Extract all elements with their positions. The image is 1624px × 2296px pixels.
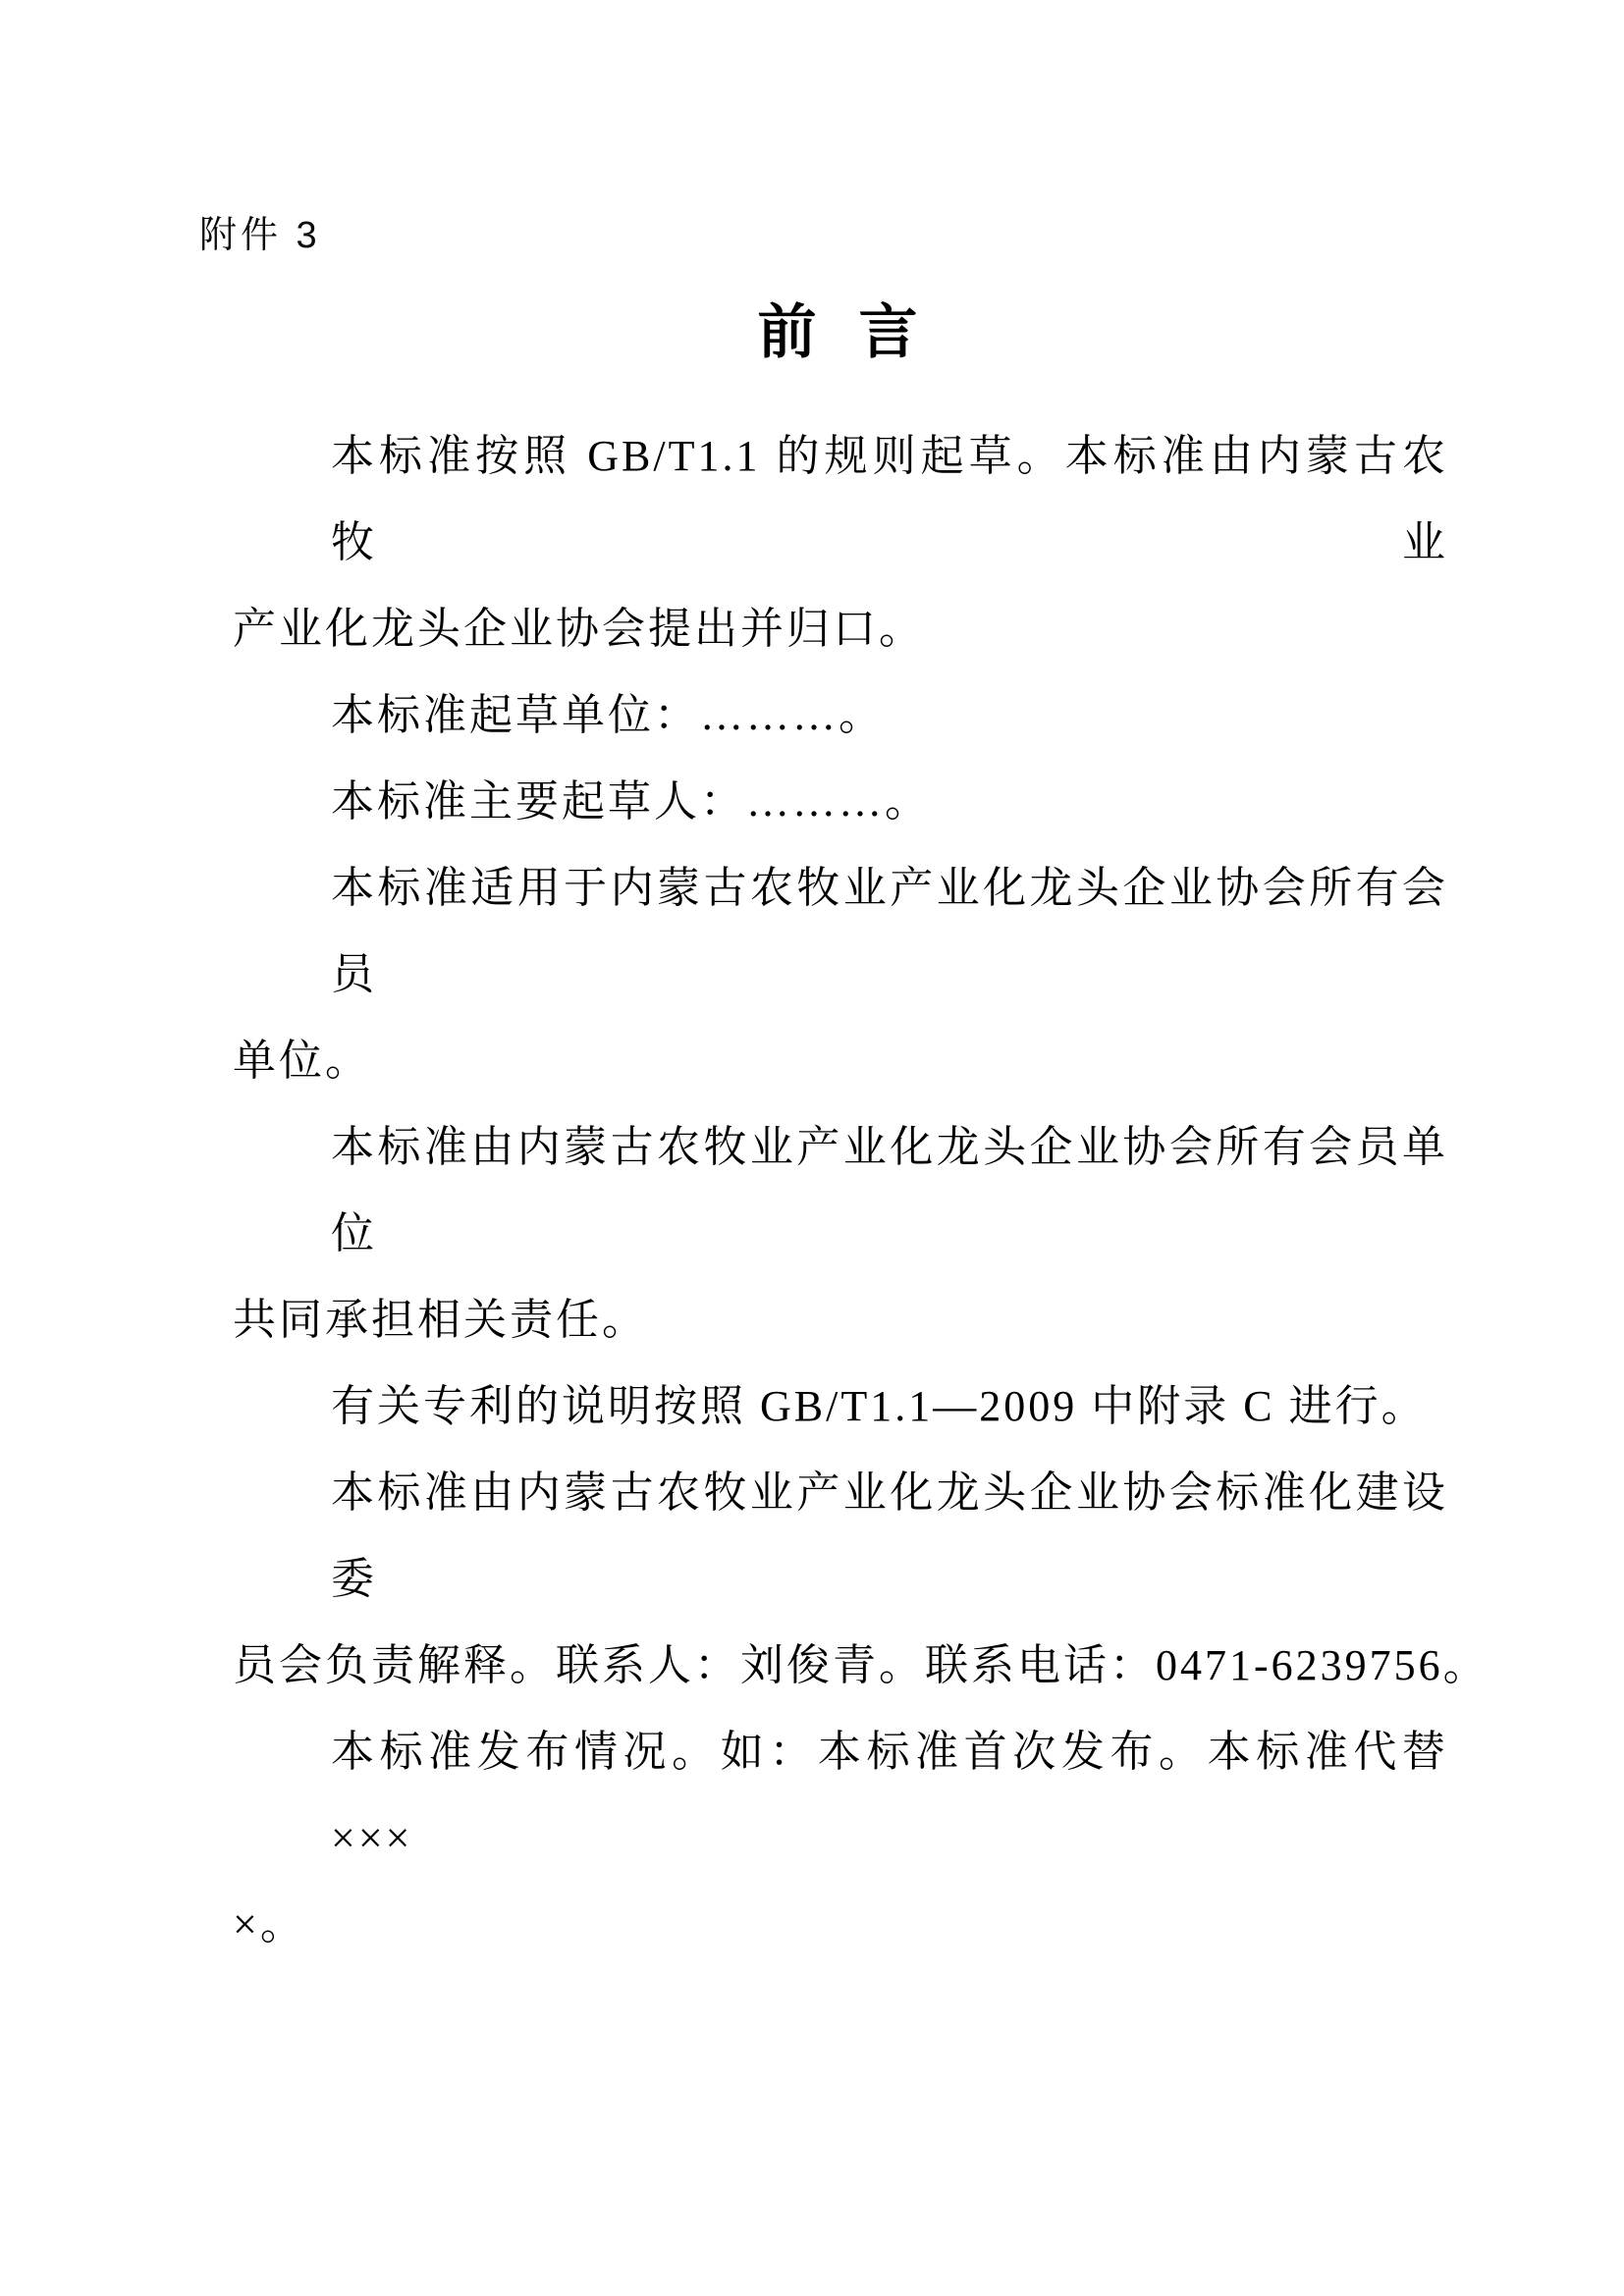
- body-line: 有关专利的说明按照 GB/T1.1—2009 中附录 C 进行。: [233, 1363, 1448, 1450]
- document-body: 本标准按照 GB/T1.1 的规则起草。本标准由内蒙古农牧业 产业化龙头企业协会…: [233, 413, 1448, 1968]
- body-line: 本标准起草单位：………。: [233, 672, 1448, 759]
- body-line: 共同承担相关责任。: [233, 1277, 1448, 1363]
- body-line: 本标准由内蒙古农牧业产业化龙头企业协会所有会员单位: [233, 1104, 1448, 1277]
- body-line: 本标准按照 GB/T1.1 的规则起草。本标准由内蒙古农牧业: [233, 413, 1448, 586]
- body-line: 本标准适用于内蒙古农牧业产业化龙头企业协会所有会员: [233, 845, 1448, 1018]
- body-line: 产业化龙头企业协会提出并归口。: [233, 586, 1448, 672]
- body-line: ×。: [233, 1882, 1448, 1968]
- document-title: 前 言: [233, 294, 1448, 371]
- document-page: 附件 3 前 言 本标准按照 GB/T1.1 的规则起草。本标准由内蒙古农牧业 …: [0, 0, 1624, 2296]
- body-line: 本标准主要起草人：………。: [233, 759, 1448, 845]
- body-line: 单位。: [233, 1018, 1448, 1104]
- body-line: 本标准发布情况。如：本标准首次发布。本标准代替×××: [233, 1709, 1448, 1882]
- attachment-label: 附件 3: [199, 212, 321, 259]
- body-line: 本标准由内蒙古农牧业产业化龙头企业协会标准化建设委: [233, 1450, 1448, 1623]
- body-line: 员会负责解释。联系人：刘俊青。联系电话：0471-6239756。: [233, 1623, 1448, 1709]
